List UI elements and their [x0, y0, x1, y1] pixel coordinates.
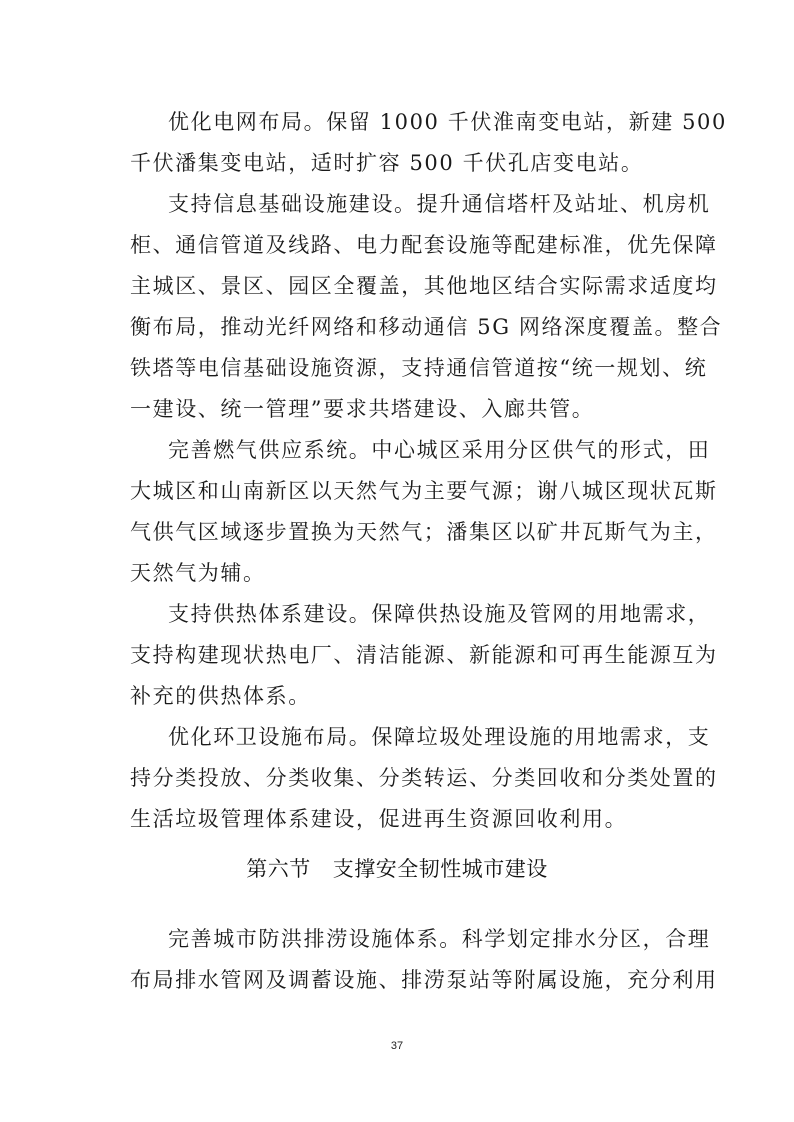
paragraph-line: 支持构建现状热电厂、清洁能源、新能源和可再生能源互为: [130, 641, 675, 669]
paragraph-line: 衡布局，推动光纤网络和移动通信 5G 网络深度覆盖。整合: [130, 313, 675, 341]
paragraph-line: 柜、通信管道及线路、电力配套设施等配建标准，优先保障: [130, 231, 675, 259]
document-page: 优化电网布局。保留 1000 千伏淮南变电站，新建 500 千伏潘集变电站，适时…: [0, 0, 794, 1122]
section-title: 支撑安全韧性城市建设: [333, 857, 548, 881]
paragraph-line: 支持供热体系建设。保障供热设施及管网的用地需求，: [168, 600, 675, 628]
page-number: 37: [0, 1040, 794, 1052]
paragraph-line: 天然气为辅。: [130, 559, 675, 587]
paragraph-line: 生活垃圾管理体系建设，促进再生资源回收利用。: [130, 805, 675, 833]
paragraph-line: 优化环卫设施布局。保障垃圾处理设施的用地需求，支: [168, 723, 675, 751]
paragraph-line: 千伏潘集变电站，适时扩容 500 千伏孔店变电站。: [130, 149, 675, 177]
paragraph-line: 优化电网布局。保留 1000 千伏淮南变电站，新建 500: [168, 108, 675, 136]
section-heading: 第六节支撑安全韧性城市建设: [0, 855, 794, 883]
paragraph-line: 铁塔等电信基础设施资源，支持通信管道按“统一规划、统: [130, 354, 675, 382]
paragraph-line: 大城区和山南新区以天然气为主要气源；谢八城区现状瓦斯: [130, 477, 675, 505]
paragraph-line: 一建设、统一管理”要求共塔建设、入廊共管。: [130, 395, 675, 423]
paragraph-line: 完善城市防洪排涝设施体系。科学划定排水分区，合理: [168, 925, 675, 953]
paragraph-line: 完善燃气供应系统。中心城区采用分区供气的形式，田: [168, 436, 675, 464]
paragraph-line: 支持信息基础设施建设。提升通信塔杆及站址、机房机: [168, 190, 675, 218]
section-number: 第六节: [246, 857, 311, 881]
paragraph-line: 主城区、景区、园区全覆盖，其他地区结合实际需求适度均: [130, 272, 675, 300]
paragraph-line: 气供气区域逐步置换为天然气；潘集区以矿井瓦斯气为主，: [130, 518, 675, 546]
paragraph-line: 布局排水管网及调蓄设施、排涝泵站等附属设施，充分利用: [130, 966, 675, 994]
paragraph-line: 补充的供热体系。: [130, 682, 675, 710]
paragraph-line: 持分类投放、分类收集、分类转运、分类回收和分类处置的: [130, 764, 675, 792]
